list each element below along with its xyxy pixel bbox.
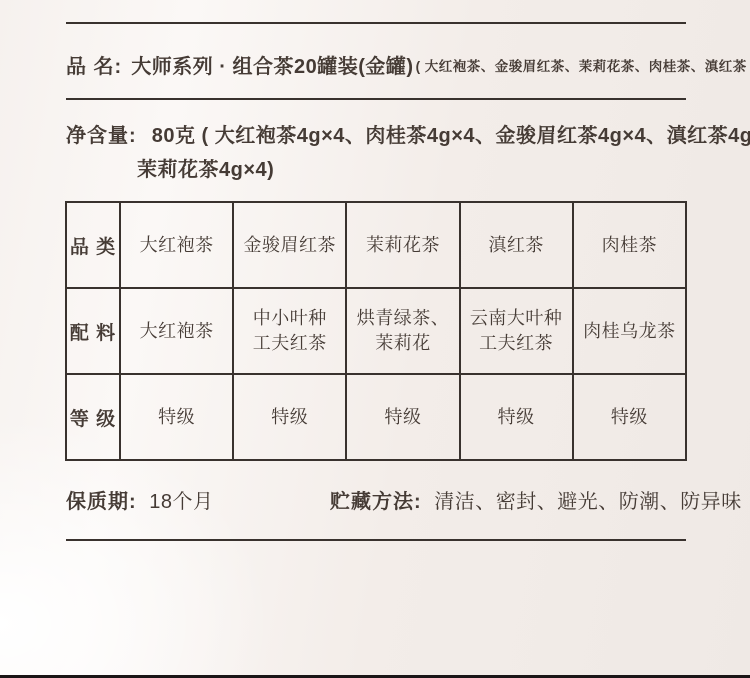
category-cell: 金骏眉红茶 (233, 202, 346, 288)
product-name-varieties: ( 大红袍茶、金骏眉红茶、茉莉花茶、肉桂茶、滇红茶 ) (416, 55, 750, 75)
product-spec-sheet: 品 名: 大师系列 · 组合茶20罐装(金罐) ( 大红袍茶、金骏眉红茶、茉莉花… (0, 0, 750, 678)
ingredient-cell: 大红袍茶 (120, 288, 233, 374)
product-name-row: 品 名: 大师系列 · 组合茶20罐装(金罐) ( 大红袍茶、金骏眉红茶、茉莉花… (66, 50, 706, 79)
storage-method: 贮藏方法: 清洁、密封、避光、防潮、防异味 (330, 485, 742, 514)
row-header-category: 品 类 (66, 202, 120, 288)
row-header-ingredients: 配 料 (66, 288, 120, 374)
net-content-section: 净含量: 80克 ( 大红袍茶4g×4、肉桂茶4g×4、金骏眉红茶4g×4、滇红… (66, 124, 706, 183)
spec-table: 品 类 大红袍茶 金骏眉红茶 茉莉花茶 滇红茶 肉桂茶 配 料 大红袍茶 中小叶… (65, 201, 687, 461)
ingredient-cell: 肉桂乌龙茶 (573, 288, 686, 374)
shelf-life: 保质期: 18个月 (66, 485, 213, 514)
table-row-ingredients: 配 料 大红袍茶 中小叶种 工夫红茶 烘青绿茶、 茉莉花 云南大叶种 工夫红茶 … (66, 288, 686, 374)
category-cell: 大红袍茶 (120, 202, 233, 288)
net-content-label: 净含量: (66, 125, 137, 147)
shelf-life-label: 保质期: (66, 491, 137, 513)
row-header-grade: 等 级 (66, 374, 120, 460)
grade-cell: 特级 (460, 374, 573, 460)
product-name-label: 品 名: (66, 50, 122, 79)
product-name-value: 大师系列 · 组合茶20罐装(金罐) (131, 50, 413, 79)
category-cell: 茉莉花茶 (346, 202, 459, 288)
grade-cell: 特级 (346, 374, 459, 460)
storage-method-value: 清洁、密封、避光、防潮、防异味 (434, 491, 742, 513)
storage-info-row: 保质期: 18个月 贮藏方法: 清洁、密封、避光、防潮、防异味 (0, 485, 750, 509)
net-content-value-line2: 茉莉花茶4g×4) (137, 158, 706, 183)
table-row-grade: 等 级 特级 特级 特级 特级 特级 (66, 374, 686, 460)
category-cell: 滇红茶 (460, 202, 573, 288)
grade-cell: 特级 (233, 374, 346, 460)
bottom-divider-line (66, 539, 686, 541)
top-divider-line (66, 22, 686, 24)
category-cell: 肉桂茶 (573, 202, 686, 288)
name-section-divider-line (66, 98, 686, 100)
net-content-value-line1: 80克 ( 大红袍茶4g×4、肉桂茶4g×4、金骏眉红茶4g×4、滇红茶4g×4… (152, 125, 750, 147)
ingredient-cell: 烘青绿茶、 茉莉花 (346, 288, 459, 374)
ingredient-cell: 中小叶种 工夫红茶 (233, 288, 346, 374)
net-content-line1: 净含量: 80克 ( 大红袍茶4g×4、肉桂茶4g×4、金骏眉红茶4g×4、滇红… (66, 124, 706, 149)
grade-cell: 特级 (573, 374, 686, 460)
grade-cell: 特级 (120, 374, 233, 460)
table-row-category: 品 类 大红袍茶 金骏眉红茶 茉莉花茶 滇红茶 肉桂茶 (66, 202, 686, 288)
ingredient-cell: 云南大叶种 工夫红茶 (460, 288, 573, 374)
storage-method-label: 贮藏方法: (330, 491, 422, 513)
shelf-life-value: 18个月 (149, 491, 213, 513)
